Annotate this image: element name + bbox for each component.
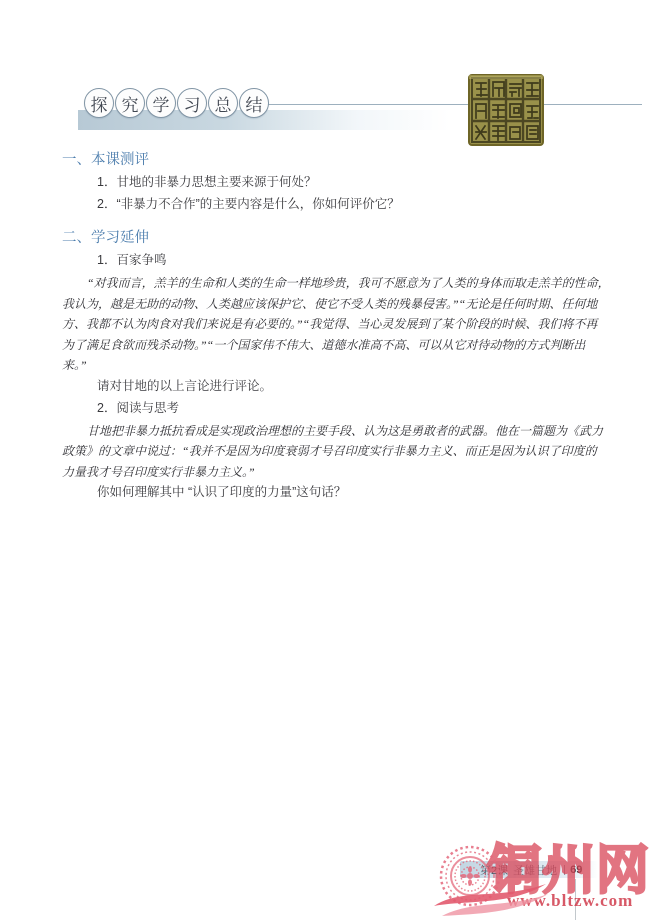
passage-line: 政策》的文章中说过：“我并不是因为印度衰弱才号召印度实行非暴力主义、而正是因为认… — [62, 441, 590, 462]
banner-char-circle: 结 — [239, 88, 269, 118]
banner-char-circle: 究 — [115, 88, 145, 118]
banner-char-circle: 习 — [177, 88, 207, 118]
extension-prompt-2: 你如何理解其中 “认识了印度的力量”这句话？ — [97, 482, 590, 503]
banner-char-circle: 总 — [208, 88, 238, 118]
section-heading-assessment: 一、本课测评 — [62, 150, 590, 171]
banner-char-circle: 学 — [146, 88, 176, 118]
textbook-page: 探 究 学 习 总 结 一、本课测评 — [0, 0, 650, 920]
quote-line: 方、我都不认为肉食对我们来说是有必要的。”“我觉得、当心灵发展到了某个阶段的时候… — [62, 314, 590, 335]
exercise-content: 一、本课测评 1．甘地的非暴力思想主要来源于何处？ 2．“非暴力不合作”的主要内… — [62, 150, 590, 503]
banner-char-circle: 探 — [84, 88, 114, 118]
quote-line: 来。” — [62, 355, 590, 376]
quote-line: “对我而言，羔羊的生命和人类的生命一样地珍贵，我可不愿意为了人类的身体而取走羔羊… — [62, 273, 590, 294]
gandhi-quote-block: “对我而言，羔羊的生命和人类的生命一样地珍贵，我可不愿意为了人类的身体而取走羔羊… — [62, 273, 590, 376]
assessment-question-1: 1．甘地的非暴力思想主要来源于何处？ — [97, 172, 590, 193]
bronze-seal-image — [468, 74, 544, 146]
passage-line: 力量我才号召印度实行非暴力主义。” — [62, 462, 590, 483]
section-heading-extension: 二、学习延伸 — [62, 228, 590, 249]
header-rule-line — [248, 104, 642, 105]
passage-line: 甘地把非暴力抵抗看成是实现政治理想的主要手段、认为这是勇敢者的武器。他在一篇题为… — [62, 421, 590, 442]
watermark-stamp-icon — [430, 836, 552, 920]
extension-prompt-1: 请对甘地的以上言论进行评论。 — [97, 376, 590, 397]
reading-passage-block: 甘地把非暴力抵抗看成是实现政治理想的主要手段、认为这是勇敢者的武器。他在一篇题为… — [62, 421, 590, 483]
extension-activity-1-title: 1．百家争鸣 — [97, 250, 590, 271]
section-banner: 探 究 学 习 总 结 — [84, 88, 269, 118]
quote-line: 我认为，越是无助的动物、人类越应该保护它、使它不受人类的残暴侵害。”“无论是任何… — [62, 294, 590, 315]
quote-line: 为了满足食欲而残杀动物。”“一个国家伟不伟大、道德水准高不高、可以从它对待动物的… — [62, 335, 590, 356]
extension-activity-2-title: 2．阅读与思考 — [97, 398, 590, 419]
assessment-question-2: 2．“非暴力不合作”的主要内容是什么，你如何评价它？ — [97, 194, 590, 215]
